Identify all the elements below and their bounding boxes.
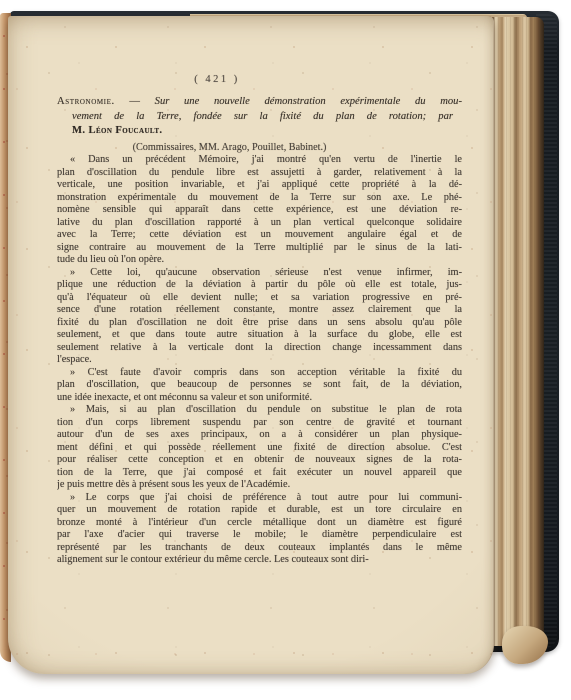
section-rubric: Astronomie. (57, 96, 115, 107)
text-line: alignement sur le contour extérieur du m… (57, 554, 462, 567)
author-line: M. Léon Foucault. (57, 124, 462, 139)
text-line: tion d'un corps librement suspendu par s… (57, 417, 462, 430)
text-line: seulement relative à la verticale dont l… (57, 342, 462, 355)
text-line: par l'axe d'acier qui traverse le mobile… (57, 529, 462, 542)
text-line: lative du plan d'oscillation rapporté à … (57, 217, 462, 230)
text-line: » Cette loi, qu'aucune observation série… (57, 267, 462, 280)
rubric-separator: — (129, 96, 140, 107)
author-name: M. Léon Foucault. (72, 125, 162, 136)
text-line: verticale, une position invariable, et j… (57, 179, 462, 192)
text-line: qu'à l'équateur où elle devient nulle; e… (57, 292, 462, 305)
article-title-line: Astronomie. — Sur une nouvelle démonstra… (57, 95, 462, 110)
text-line: signe contraire au mouvement de la Terre… (57, 242, 462, 255)
body-text: « Dans un précédent Mémoire, j'ai montré… (57, 154, 462, 567)
text-line: représenté par les tranchants de deux co… (57, 542, 462, 555)
article-title-part: Sur une nouvelle démonstration expérimen… (155, 96, 462, 107)
text-line: » C'est faute d'avoir compris dans son a… (57, 367, 462, 380)
text-line: l'espace. (57, 354, 462, 367)
text-line: plan d'oscillation, que beaucoup de pers… (57, 379, 462, 392)
text-line: quer un mouvement de rotation rapide et … (57, 504, 462, 517)
text-line: plique une réduction de la déviation à p… (57, 279, 462, 292)
article-title-line: vement de la Terre, fondée sur la fixité… (57, 110, 462, 125)
text-line: « Dans un précédent Mémoire, j'ai montré… (57, 154, 462, 167)
text-line: monstration expérimentale du mouvement d… (57, 192, 462, 205)
text-line: » Mais, si au plan d'oscillation du pend… (57, 404, 462, 417)
text-line: avec la Terre; cette déviation est un mo… (57, 229, 462, 242)
text-line: sence d'une rotation réellement constant… (57, 304, 462, 317)
text-line: une idée inexacte, et ont méconnu sa val… (57, 392, 462, 405)
text-line: ment défini et qui possède réellement un… (57, 442, 462, 455)
text-line: pour réaliser cette conception et en obt… (57, 454, 462, 467)
text-line: seulement, et que dans toute autre situa… (57, 329, 462, 342)
page-edges-corner (502, 626, 548, 664)
printed-text-column: ( 421 ) Astronomie. — Sur une nouvelle d… (57, 73, 462, 567)
book-photo: ( 421 ) Astronomie. — Sur une nouvelle d… (0, 0, 571, 700)
text-line: tion de la Terre, que j'ai composé et fa… (57, 467, 462, 480)
text-line: fixité du plan d'oscillation ne doit êtr… (57, 317, 462, 330)
text-line: nomène sensible qui apparaît dans cette … (57, 204, 462, 217)
text-line: plan d'oscillation du pendule libre est … (57, 167, 462, 180)
committee-line: (Commissaires, MM. Arago, Pouillet, Babi… (57, 141, 402, 154)
text-line: bronze monté à l'intérieur d'un cercle m… (57, 517, 462, 530)
text-line: tude du lieu où l'on opère. (57, 254, 462, 267)
page-edges-right (487, 17, 544, 646)
text-line: » Le corps que j'ai choisi de préférence… (57, 492, 462, 505)
article-heading: Astronomie. — Sur une nouvelle démonstra… (57, 95, 462, 139)
text-line: je puis mettre dès à présent sous les ye… (57, 479, 462, 492)
text-line: autour d'un de ses axes principaux, on a… (57, 429, 462, 442)
page-number: ( 421 ) (57, 73, 377, 86)
